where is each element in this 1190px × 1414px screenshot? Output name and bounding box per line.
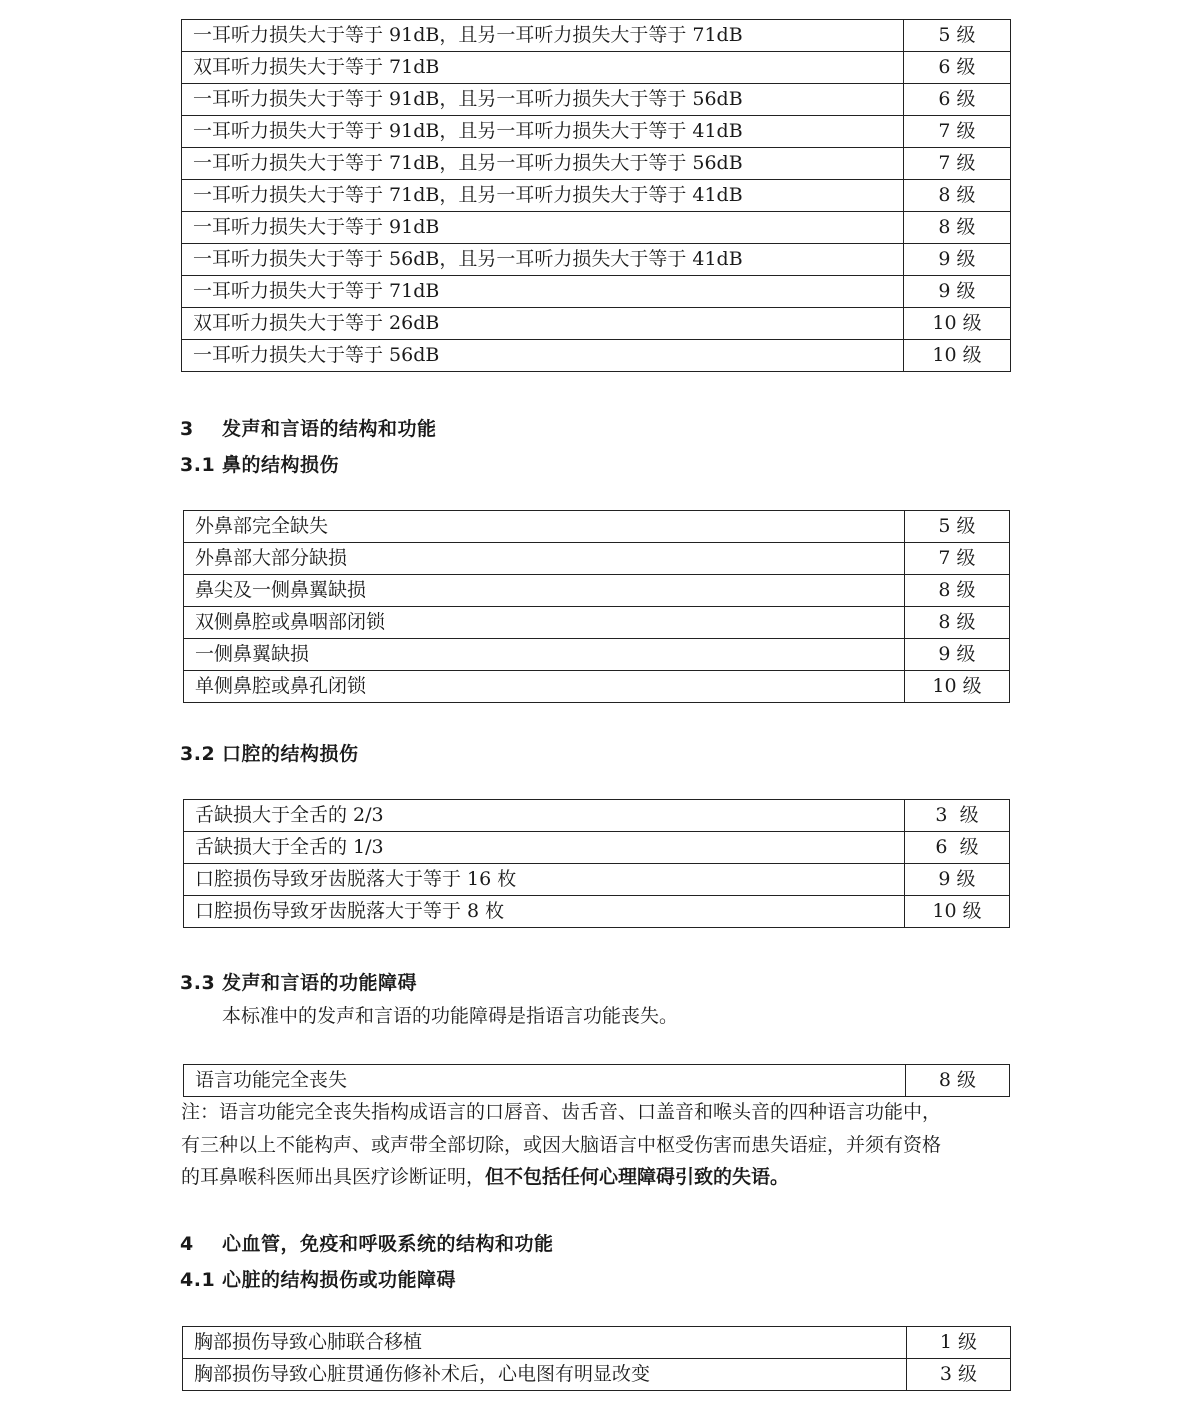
subsection-number: 3.3 <box>180 972 222 994</box>
table-row: 一耳听力损失大于等于 91dB，且另一耳听力损失大于等于 56dB6 级 <box>182 84 1011 116</box>
row-level: 5 级 <box>904 20 1011 52</box>
row-level: 1 级 <box>907 1327 1011 1359</box>
table-row: 一耳听力损失大于等于 71dB，且另一耳听力损失大于等于 56dB7 级 <box>182 148 1011 180</box>
section-heading-4: 4心血管，免疫和呼吸系统的结构和功能 <box>180 1229 554 1256</box>
speech-function-table: 语言功能完全丧失8 级 <box>183 1064 1010 1097</box>
row-description: 双耳听力损失大于等于 71dB <box>182 52 904 84</box>
hearing-loss-table: 一耳听力损失大于等于 91dB，且另一耳听力损失大于等于 71dB5 级 双耳听… <box>181 19 1011 372</box>
section-title: 心血管，免疫和呼吸系统的结构和功能 <box>222 1233 554 1255</box>
heart-injury-table: 胸部损伤导致心肺联合移植1 级 胸部损伤导致心脏贯通伤修补术后，心电图有明显改变… <box>182 1326 1011 1391</box>
table-row: 一耳听力损失大于等于 71dB，且另一耳听力损失大于等于 41dB8 级 <box>182 180 1011 212</box>
row-description: 双耳听力损失大于等于 26dB <box>182 308 904 340</box>
subsection-heading-3-3: 3.3发声和言语的功能障碍 <box>180 968 417 995</box>
table-row: 胸部损伤导致心肺联合移植1 级 <box>183 1327 1011 1359</box>
table-row: 舌缺损大于全舌的 1/36 级 <box>184 832 1010 864</box>
section-heading-3: 3发声和言语的结构和功能 <box>180 414 437 441</box>
row-description: 语言功能完全丧失 <box>184 1065 906 1097</box>
row-level: 9 级 <box>904 244 1011 276</box>
table-row: 一侧鼻翼缺损9 级 <box>184 639 1010 671</box>
row-level: 6 级 <box>905 832 1010 864</box>
table-row: 单侧鼻腔或鼻孔闭锁10 级 <box>184 671 1010 703</box>
row-description: 一耳听力损失大于等于 91dB，且另一耳听力损失大于等于 56dB <box>182 84 904 116</box>
row-level: 10 级 <box>905 671 1010 703</box>
row-level: 9 级 <box>905 864 1010 896</box>
note-line: 注：语言功能完全丧失指构成语言的口唇音、齿舌音、口盖音和喉头音的四种语言功能中， <box>181 1096 1011 1129</box>
oral-cavity-injury-table: 舌缺损大于全舌的 2/33 级 舌缺损大于全舌的 1/36 级 口腔损伤导致牙齿… <box>183 799 1010 928</box>
row-level: 7 级 <box>904 116 1011 148</box>
note-line: 的耳鼻喉科医师出具医疗诊断证明，但不包括任何心理障碍引致的失语。 <box>181 1161 1011 1194</box>
row-description: 一耳听力损失大于等于 71dB，且另一耳听力损失大于等于 56dB <box>182 148 904 180</box>
section-number: 4 <box>180 1233 222 1255</box>
table-row: 口腔损伤导致牙齿脱落大于等于 16 枚9 级 <box>184 864 1010 896</box>
table-row: 双耳听力损失大于等于 26dB10 级 <box>182 308 1011 340</box>
subsection-number: 4.1 <box>180 1269 222 1291</box>
table-row: 一耳听力损失大于等于 56dB，且另一耳听力损失大于等于 41dB9 级 <box>182 244 1011 276</box>
table-row: 一耳听力损失大于等于 91dB，且另一耳听力损失大于等于 41dB7 级 <box>182 116 1011 148</box>
row-description: 口腔损伤导致牙齿脱落大于等于 16 枚 <box>184 864 905 896</box>
nose-injury-table: 外鼻部完全缺失5 级 外鼻部大部分缺损7 级 鼻尖及一侧鼻翼缺损8 级 双侧鼻腔… <box>183 510 1010 703</box>
row-level: 8 级 <box>905 607 1010 639</box>
row-description: 单侧鼻腔或鼻孔闭锁 <box>184 671 905 703</box>
row-level: 7 级 <box>905 543 1010 575</box>
subsection-number: 3.1 <box>180 454 222 476</box>
subsection-title: 心脏的结构损伤或功能障碍 <box>222 1269 456 1291</box>
row-description: 一耳听力损失大于等于 71dB <box>182 276 904 308</box>
row-level: 5 级 <box>905 511 1010 543</box>
note-emphasis: 但不包括任何心理障碍引致的失语。 <box>485 1166 789 1188</box>
row-level: 10 级 <box>904 308 1011 340</box>
row-description: 一侧鼻翼缺损 <box>184 639 905 671</box>
row-level: 10 级 <box>905 896 1010 928</box>
row-description: 外鼻部大部分缺损 <box>184 543 905 575</box>
row-level: 7 级 <box>904 148 1011 180</box>
table-row: 一耳听力损失大于等于 71dB9 级 <box>182 276 1011 308</box>
table-row: 舌缺损大于全舌的 2/33 级 <box>184 800 1010 832</box>
subsection-title: 发声和言语的功能障碍 <box>222 972 417 994</box>
note-line: 有三种以上不能构声、或声带全部切除，或因大脑语言中枢受伤害而患失语症，并须有资格 <box>181 1129 1011 1162</box>
section-number: 3 <box>180 418 222 440</box>
table-row: 外鼻部大部分缺损7 级 <box>184 543 1010 575</box>
row-description: 鼻尖及一侧鼻翼缺损 <box>184 575 905 607</box>
section-title: 发声和言语的结构和功能 <box>222 418 437 440</box>
intro-paragraph: 本标准中的发声和言语的功能障碍是指语言功能丧失。 <box>222 1000 678 1032</box>
row-description: 口腔损伤导致牙齿脱落大于等于 8 枚 <box>184 896 905 928</box>
row-description: 外鼻部完全缺失 <box>184 511 905 543</box>
row-level: 6 级 <box>904 52 1011 84</box>
row-description: 一耳听力损失大于等于 71dB，且另一耳听力损失大于等于 41dB <box>182 180 904 212</box>
row-level: 8 级 <box>906 1065 1010 1097</box>
row-description: 双侧鼻腔或鼻咽部闭锁 <box>184 607 905 639</box>
table-row: 双侧鼻腔或鼻咽部闭锁8 级 <box>184 607 1010 639</box>
subsection-heading-3-2: 3.2口腔的结构损伤 <box>180 739 359 766</box>
row-level: 8 级 <box>905 575 1010 607</box>
row-level: 9 级 <box>905 639 1010 671</box>
subsection-heading-4-1: 4.1心脏的结构损伤或功能障碍 <box>180 1265 456 1292</box>
row-description: 一耳听力损失大于等于 91dB <box>182 212 904 244</box>
row-description: 一耳听力损失大于等于 91dB，且另一耳听力损失大于等于 71dB <box>182 20 904 52</box>
row-description: 胸部损伤导致心脏贯通伤修补术后，心电图有明显改变 <box>183 1359 907 1391</box>
row-level: 10 级 <box>904 340 1011 372</box>
row-description: 舌缺损大于全舌的 1/3 <box>184 832 905 864</box>
row-description: 一耳听力损失大于等于 56dB，且另一耳听力损失大于等于 41dB <box>182 244 904 276</box>
subsection-number: 3.2 <box>180 743 222 765</box>
table-row: 一耳听力损失大于等于 56dB10 级 <box>182 340 1011 372</box>
table-row: 语言功能完全丧失8 级 <box>184 1065 1010 1097</box>
table-row: 双耳听力损失大于等于 71dB6 级 <box>182 52 1011 84</box>
row-description: 舌缺损大于全舌的 2/3 <box>184 800 905 832</box>
table-row: 一耳听力损失大于等于 91dB，且另一耳听力损失大于等于 71dB5 级 <box>182 20 1011 52</box>
row-level: 8 级 <box>904 212 1011 244</box>
row-level: 9 级 <box>904 276 1011 308</box>
table-row: 外鼻部完全缺失5 级 <box>184 511 1010 543</box>
row-level: 6 级 <box>904 84 1011 116</box>
subsection-title: 鼻的结构损伤 <box>222 454 339 476</box>
row-level: 3 级 <box>905 800 1010 832</box>
row-level: 3 级 <box>907 1359 1011 1391</box>
row-level: 8 级 <box>904 180 1011 212</box>
note-line-text: 的耳鼻喉科医师出具医疗诊断证明， <box>181 1166 485 1188</box>
table-row: 鼻尖及一侧鼻翼缺损8 级 <box>184 575 1010 607</box>
note-paragraph: 注：语言功能完全丧失指构成语言的口唇音、齿舌音、口盖音和喉头音的四种语言功能中，… <box>181 1096 1011 1194</box>
table-row: 一耳听力损失大于等于 91dB8 级 <box>182 212 1011 244</box>
row-description: 一耳听力损失大于等于 56dB <box>182 340 904 372</box>
row-description: 一耳听力损失大于等于 91dB，且另一耳听力损失大于等于 41dB <box>182 116 904 148</box>
subsection-heading-3-1: 3.1鼻的结构损伤 <box>180 450 339 477</box>
table-row: 口腔损伤导致牙齿脱落大于等于 8 枚10 级 <box>184 896 1010 928</box>
subsection-title: 口腔的结构损伤 <box>222 743 359 765</box>
table-row: 胸部损伤导致心脏贯通伤修补术后，心电图有明显改变3 级 <box>183 1359 1011 1391</box>
row-description: 胸部损伤导致心肺联合移植 <box>183 1327 907 1359</box>
